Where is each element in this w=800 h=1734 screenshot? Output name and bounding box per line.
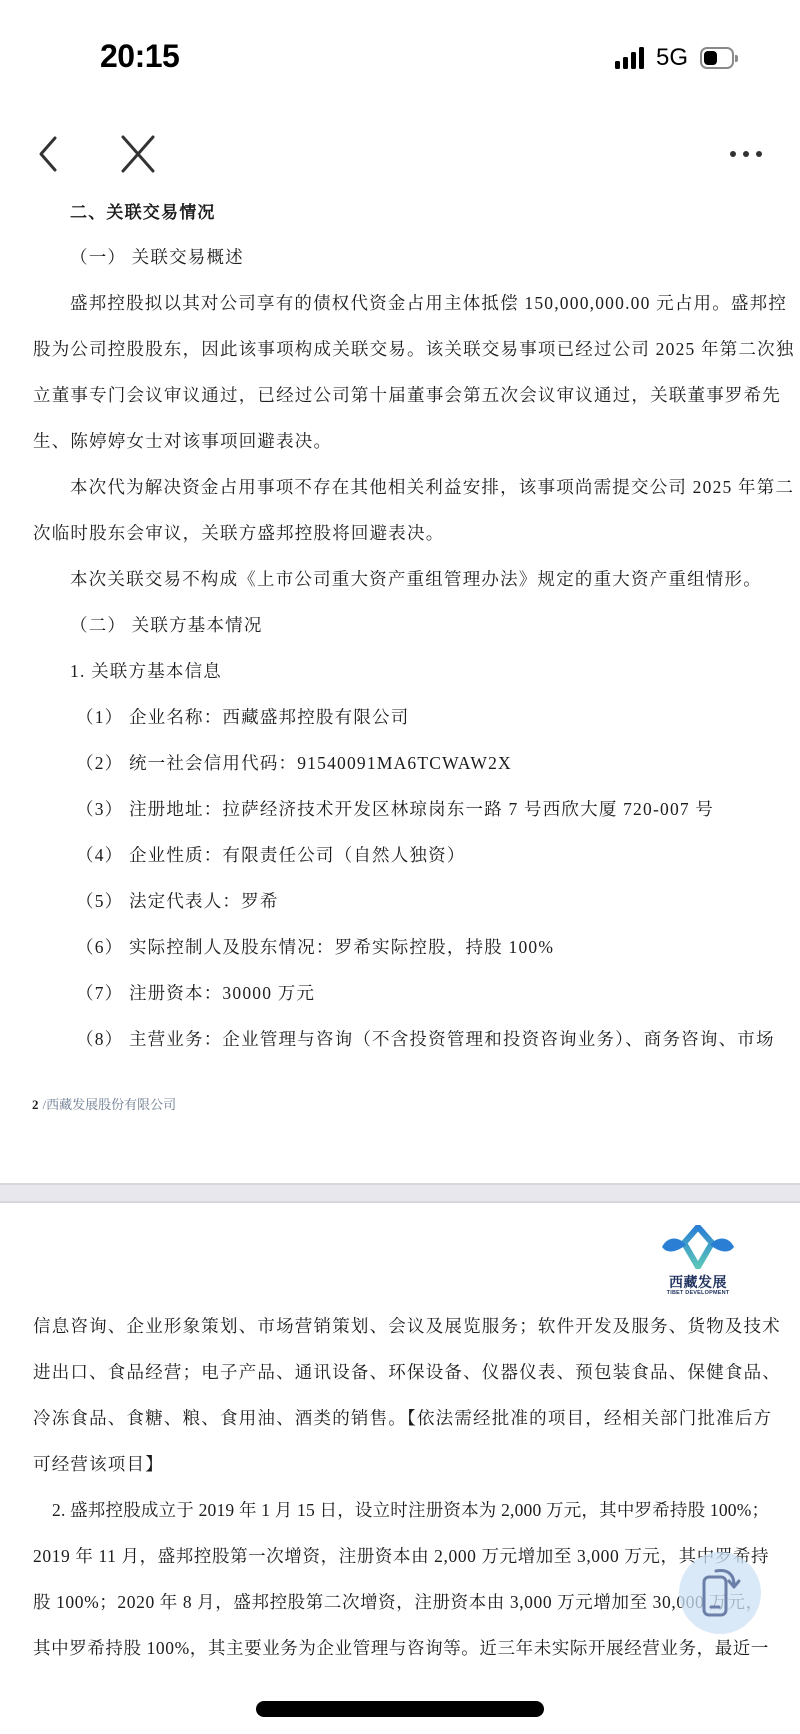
logo-cn-text: 西藏发展 <box>658 1274 738 1290</box>
network-type: 5G <box>656 44 688 72</box>
more-horizontal-icon <box>729 149 763 159</box>
paragraph-line: 盛邦控股拟以其对公司享有的债权代资金占用主体抵偿 150,000,000.00 … <box>70 290 787 315</box>
status-indicators: 5G <box>615 44 734 72</box>
paragraph-line: 立董事专门会议审议通过，已经过公司第十届董事会第五次会议审议通过，关联董事罗希先 <box>33 382 781 407</box>
status-time: 20:15 <box>100 38 179 75</box>
footer-company: /西藏发展股份有限公司 <box>43 1097 177 1112</box>
page-number: 2 <box>32 1097 39 1112</box>
paragraph-line: 冷冻食品、食糖、粮、食用油、酒类的销售。【依法需经批准的项目，经相关部门批准后方 <box>33 1405 772 1430</box>
paragraph-line: 生、陈婷婷女士对该事项回避表决。 <box>33 428 332 453</box>
battery-icon <box>700 47 734 69</box>
info-item: （5） 法定代表人：罗希 <box>76 888 279 913</box>
paragraph-line: 股为公司控股股东，因此该事项构成关联交易。该关联交易事项已经过公司 2025 年… <box>33 336 795 361</box>
home-indicator[interactable] <box>256 1701 544 1717</box>
info-item: （4） 企业性质：有限责任公司（自然人独资） <box>76 842 466 867</box>
rotate-screen-button[interactable] <box>679 1552 761 1634</box>
logo-en-text: TIBET DEVELOPMENT <box>658 1290 738 1296</box>
close-button[interactable] <box>114 130 162 178</box>
paragraph-line: 信息咨询、企业形象策划、市场营销策划、会议及展览服务；软件开发及服务、货物及技术 <box>33 1313 781 1338</box>
paragraph-line: 进出口、食品经营；电子产品、通讯设备、环保设备、仪器仪表、预包装食品、保健食品、 <box>33 1359 781 1384</box>
close-icon <box>118 134 158 174</box>
info-item: （6） 实际控制人及股东情况：罗希实际控股，持股 100% <box>76 934 554 959</box>
signal-strength-icon <box>615 47 644 69</box>
paragraph-line: 本次代为解决资金占用事项不存在其他相关利益安排，该事项尚需提交公司 2025 年… <box>70 474 794 499</box>
info-item: （7） 注册资本：30000 万元 <box>76 980 315 1005</box>
paragraph-line: 本次关联交易不构成《上市公司重大资产重组管理办法》规定的重大资产重组情形。 <box>70 566 762 591</box>
company-logo: 西藏发展 TIBET DEVELOPMENT <box>658 1225 738 1300</box>
item-heading: 1. 关联方基本信息 <box>70 658 222 683</box>
paragraph-line: 2. 盛邦控股成立于 2019 年 1 月 15 日，设立时注册资本为 2,00… <box>52 1497 769 1522</box>
info-item: （3） 注册地址：拉萨经济技术开发区林琼岗东一路 7 号西欣大厦 720-007… <box>76 796 714 821</box>
rotate-screen-icon <box>698 1567 742 1619</box>
paragraph-line: 2019 年 11 月，盛邦控股第一次增资，注册资本由 2,000 万元增加至 … <box>33 1543 769 1568</box>
info-item: （8） 主营业务：企业管理与咨询（不含投资管理和投资咨询业务）、商务咨询、市场 <box>76 1026 775 1051</box>
chevron-left-icon <box>33 134 63 174</box>
more-button[interactable] <box>722 130 770 178</box>
info-item: （2） 统一社会信用代码：91540091MA6TCWAW2X <box>76 750 512 775</box>
page-footer: 2/西藏发展股份有限公司 <box>32 1094 176 1113</box>
section-heading: 二、关联交易情况 <box>70 198 216 223</box>
back-button[interactable] <box>24 130 72 178</box>
subsection-heading: （二） 关联方基本情况 <box>70 612 263 637</box>
status-bar: 20:15 5G <box>0 0 800 110</box>
info-item: （1） 企业名称：西藏盛邦控股有限公司 <box>76 704 409 729</box>
paragraph-line: 股 100%；2020 年 8 月，盛邦控股第二次增资，注册资本由 3,000 … <box>33 1589 764 1614</box>
page-separator <box>0 1183 800 1203</box>
paragraph-line: 次临时股东会审议，关联方盛邦控股将回避表决。 <box>33 520 444 545</box>
tibet-development-logo-icon <box>658 1225 738 1269</box>
subsection-heading: （一） 关联交易概述 <box>70 244 244 269</box>
paragraph-line: 其中罗希持股 100%，其主要业务为企业管理与咨询等。近三年未实际开展经营业务，… <box>33 1635 769 1660</box>
nav-bar <box>0 120 800 190</box>
paragraph-line: 可经营该项目】 <box>33 1451 164 1476</box>
